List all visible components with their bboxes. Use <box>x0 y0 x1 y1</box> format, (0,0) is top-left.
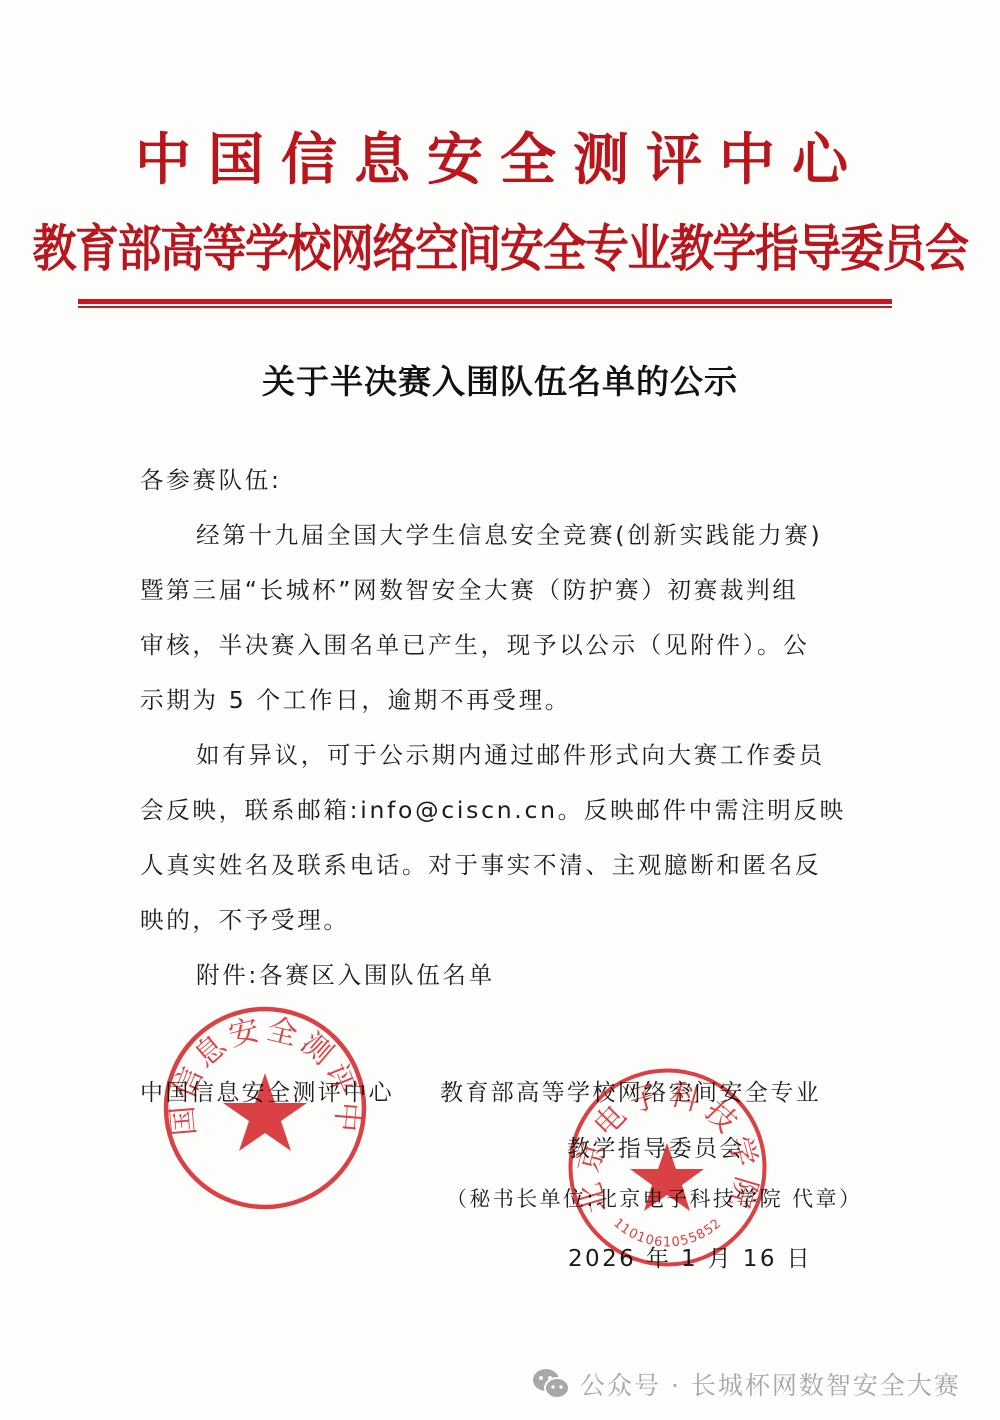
divider-thin-line <box>78 306 892 308</box>
org-title-secondary: 教育部高等学校网络空间安全专业教学指导委员会 <box>0 212 1000 288</box>
attachment-note: 附件:各赛区入围队伍名单 <box>140 948 850 1003</box>
seal-star-icon <box>630 1143 704 1211</box>
paragraph-2-line-4: 映的，不予受理。 <box>140 893 850 948</box>
wechat-icon <box>532 1368 570 1400</box>
official-seal-besti: 北京电子科技学院 1101061055852 <box>565 1065 770 1270</box>
document-title: 关于半决赛入围队伍名单的公示 <box>0 356 1000 403</box>
paragraph-1-line-1: 经第十九届全国大学生信息安全竞赛(创新实践能力赛) <box>140 508 850 563</box>
paragraph-2-line-3: 人真实姓名及联系电话。对于事实不清、主观臆断和匿名反 <box>140 838 850 893</box>
seal-star-icon <box>223 1073 307 1151</box>
watermark-label: 公众号 · 长城杯网数智安全大赛 <box>580 1366 961 1402</box>
paragraph-1-line-2: 暨第三届“长城杯”网数智安全大赛（防护赛）初赛裁判组 <box>140 563 850 618</box>
document-body: 各参赛队伍: 经第十九届全国大学生信息安全竞赛(创新实践能力赛) 暨第三届“长城… <box>140 453 850 1003</box>
paragraph-2-line-2: 会反映，联系邮箱:info@ciscn.cn。反映邮件中需注明反映 <box>140 783 850 838</box>
divider-thick-line <box>78 299 892 304</box>
paragraph-2-line-1: 如有异议，可于公示期内通过邮件形式向大赛工作委员 <box>140 728 850 783</box>
paragraph-1-line-3: 审核，半决赛入围名单已产生，现予以公示（见附件）。公 <box>140 618 850 673</box>
svg-text:1101061055852: 1101061055852 <box>610 1216 725 1250</box>
paragraph-1-line-4: 示期为 5 个工作日，逾期不再受理。 <box>140 673 850 728</box>
seal-2-code: 1101061055852 <box>610 1216 725 1250</box>
wechat-watermark: 公众号 · 长城杯网数智安全大赛 <box>532 1364 961 1404</box>
salutation: 各参赛队伍: <box>140 453 850 508</box>
org-title-primary: 中国信息安全测评中心 <box>0 122 1000 198</box>
official-seal-cnitsec: 中国信息安全测评中心 <box>160 1003 370 1213</box>
letterhead-divider <box>78 299 892 308</box>
